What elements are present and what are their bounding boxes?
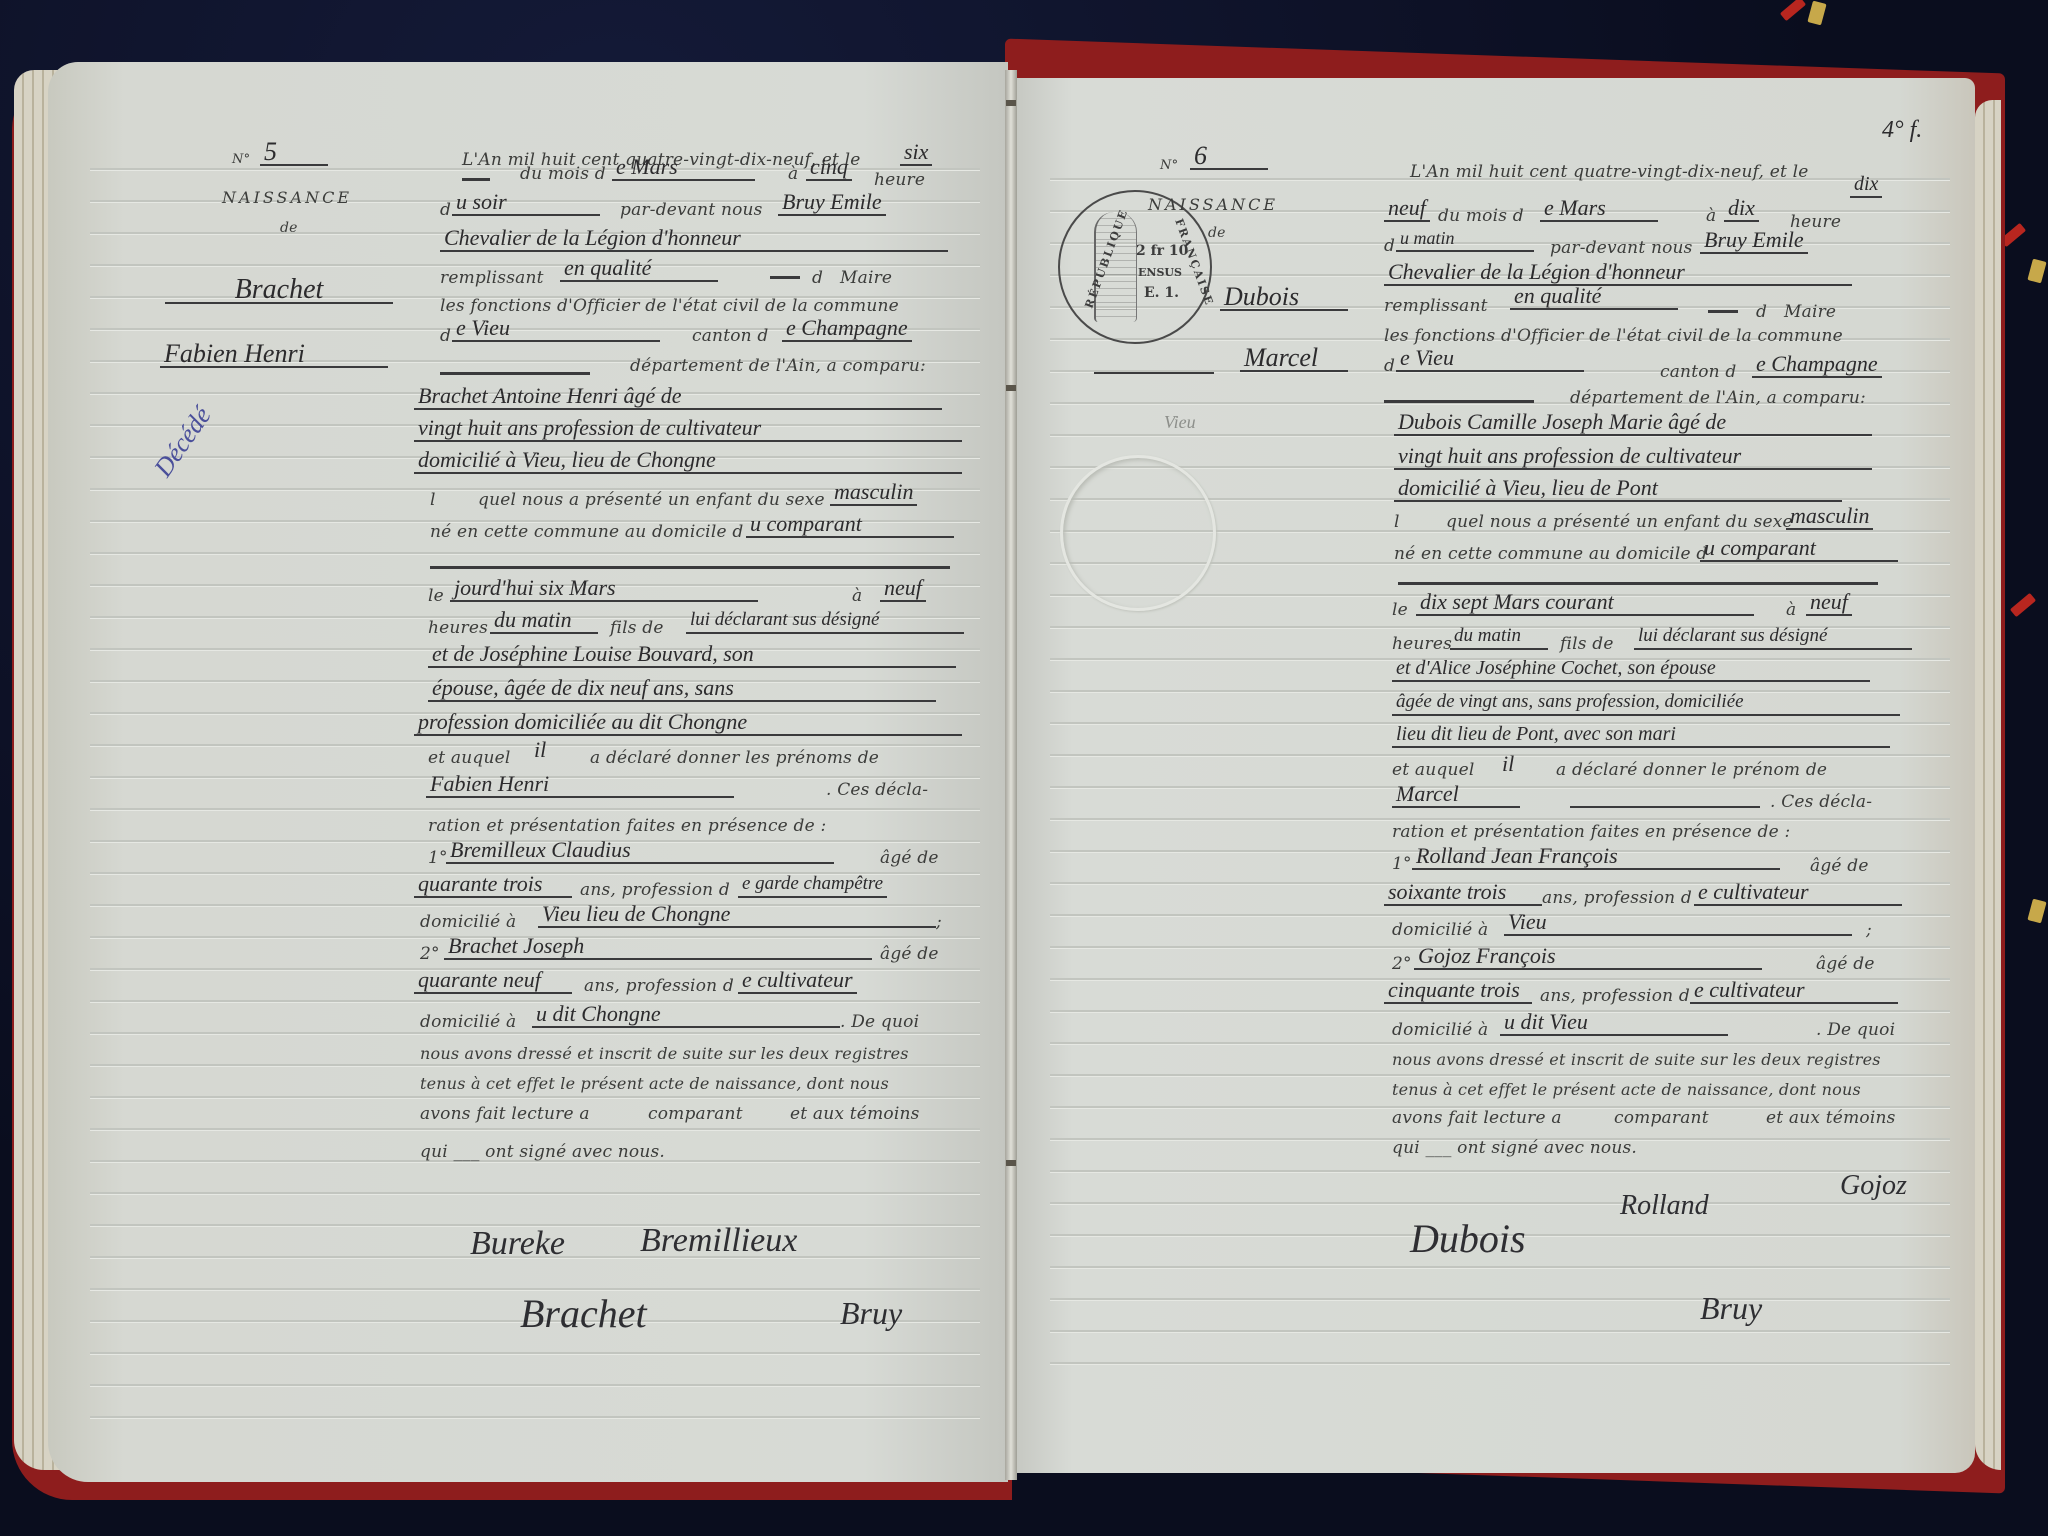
act-entry: épouse, âgée de dix neuf ans, sans (428, 676, 936, 702)
act-entry: Chevalier de la Légion d'honneur (1384, 260, 1852, 286)
act-line: fils de (610, 618, 664, 638)
ruled-line (90, 1384, 980, 1386)
form-dash (1384, 400, 1534, 403)
act-line: heures (428, 618, 488, 638)
act-entry: e Mars (1540, 196, 1658, 222)
act-entry: Chevalier de la Légion d'honneur (440, 226, 948, 252)
act-entry: en qualité (560, 256, 718, 282)
act-entry: jourd'hui six Mars (450, 576, 758, 602)
act-line: tenus à cet effet le présent acte de nai… (1392, 1080, 1861, 1099)
ruled-line (90, 1064, 980, 1066)
ruled-line (1050, 1266, 1950, 1268)
act-entry: et de Joséphine Louise Bouvard, son (428, 642, 956, 668)
act-line: Maire (1784, 302, 1836, 322)
act-line: fils de (1560, 634, 1614, 654)
ruled-line (90, 552, 980, 554)
act-entry: il (530, 738, 550, 762)
ruled-line (90, 1352, 980, 1354)
act-line: ; (936, 912, 942, 932)
form-dash (770, 276, 800, 279)
binding-stitch (1006, 100, 1016, 106)
act-entry: lui déclarant sus désigné (686, 608, 964, 634)
act-line: et aux témoins (790, 1104, 920, 1124)
act-line: canton d (692, 326, 769, 346)
margin-surname: Dubois (1220, 285, 1348, 311)
stamp-ensus: ENSUS (1138, 264, 1182, 282)
act-entry: neuf (1806, 590, 1852, 616)
act-line: ration et présentation faites en présenc… (428, 816, 826, 836)
act-entry: neuf (880, 576, 926, 602)
act-line: ans, profession d (1540, 986, 1690, 1006)
signature: Bruy (1700, 1290, 1762, 1327)
act-entry: du matin (490, 608, 598, 634)
act-entry: e Champagne (1752, 352, 1882, 378)
ruled-line (90, 1128, 980, 1130)
act-line: . De quoi (840, 1012, 919, 1032)
act-entry: il (1498, 752, 1518, 776)
act-entry: Bremilleux Claudius (446, 838, 834, 864)
ruled-line (90, 1032, 980, 1034)
margin-note-pencil: Vieu (1160, 410, 1200, 434)
act-line: domicilié à (1392, 920, 1488, 940)
act-entry: vingt huit ans profession de cultivateur (1394, 444, 1872, 470)
act-line: ; (1866, 920, 1872, 940)
act-line: et auquel (428, 748, 511, 768)
act-entry: e cultivateur (738, 968, 857, 994)
act-entry: soixante trois (1384, 880, 1542, 906)
act-entry: u dit Vieu (1500, 1010, 1728, 1036)
signature: Gojoz (1840, 1170, 1907, 1202)
ruled-line (90, 1096, 980, 1098)
signature: Bureke (470, 1225, 565, 1263)
act-entry: dix (1724, 196, 1759, 222)
act-entry: Marcel (1392, 782, 1520, 808)
act-line: qui ___ ont signé avec nous. (420, 1142, 665, 1162)
act-entry: neuf (1384, 196, 1430, 222)
page-edges-right (1975, 100, 2001, 1470)
act-line: nous avons dressé et inscrit de suite su… (420, 1044, 909, 1063)
act-entry: e cultivateur (1690, 978, 1898, 1004)
stamp-value: 2 fr 10 (1136, 242, 1188, 260)
act-line: heures (1392, 634, 1452, 654)
act-entry: âgée de vingt ans, sans profession, domi… (1392, 690, 1900, 716)
ruled-line (90, 1416, 980, 1418)
act-line: 2° (1392, 954, 1412, 974)
act-line: le (1392, 600, 1408, 620)
act-line: L'An mil huit cent quatre-vingt-dix-neuf… (1410, 162, 1809, 182)
act-line: l (1394, 512, 1400, 532)
act-line: et aux témoins (1766, 1108, 1896, 1128)
act-line: et auquel (1392, 760, 1475, 780)
act-line: d (1384, 356, 1395, 376)
act-line: quel nous a présenté un enfant du sexe (478, 490, 825, 510)
act-line: âgé de (1816, 954, 1875, 974)
act-entry: et d'Alice Joséphine Cochet, son épouse (1392, 656, 1870, 682)
act-line: à (852, 586, 862, 606)
act-entry: e Vieu (1396, 346, 1584, 372)
act-entry: e garde champêtre (738, 872, 887, 898)
act-line: tenus à cet effet le présent acte de nai… (420, 1074, 889, 1093)
act-entry: Vieu (1504, 910, 1852, 936)
act-line: remplissant (1384, 296, 1488, 316)
act-entry: dix sept Mars courant (1416, 590, 1754, 616)
embossed-seal (1060, 455, 1216, 611)
binding-stitch (1006, 1160, 1016, 1166)
act-line: ans, profession d (1542, 888, 1692, 908)
form-dash (1570, 806, 1760, 808)
act-entry: e Vieu (452, 316, 660, 342)
act-entry: quarante neuf (414, 968, 572, 994)
act-line: l (430, 490, 436, 510)
act-line: département de l'Ain, a comparu: (630, 356, 926, 376)
act-line: nous avons dressé et inscrit de suite su… (1392, 1050, 1881, 1069)
ruled-line (1050, 1074, 1950, 1076)
signature: Bruy (840, 1295, 902, 1332)
act-line: canton d (1660, 362, 1737, 382)
act-entry: cinquante trois (1384, 978, 1532, 1004)
act-entry: du matin (1450, 624, 1548, 650)
act-line: heure (874, 170, 925, 190)
act-line: par-devant nous (620, 200, 763, 220)
binding-stitch (1006, 385, 1016, 391)
ruled-line (1050, 1202, 1950, 1204)
act-line: âgé de (880, 848, 939, 868)
act-line: quel nous a présenté un enfant du sexe (1446, 512, 1793, 532)
ruled-line (1050, 818, 1950, 820)
act-line: d (1756, 302, 1767, 322)
ruled-line (90, 264, 980, 266)
act-line: d (1384, 236, 1395, 256)
act-line: domicilié à (420, 1012, 516, 1032)
act-line: domicilié à (420, 912, 516, 932)
signature: Dubois (1410, 1215, 1526, 1262)
act-entry: e Champagne (782, 316, 912, 342)
act-line: qui ___ ont signé avec nous. (1392, 1138, 1637, 1158)
act-entry: Bruy Emile (1700, 228, 1808, 254)
ruled-line (90, 1192, 980, 1194)
act-line: ans, profession d (580, 880, 730, 900)
act-line: d (440, 326, 451, 346)
act-line: avons fait lecture a (1392, 1108, 1562, 1128)
act-line: du mois d (1438, 206, 1524, 226)
signature: Bremillieux (640, 1222, 797, 1260)
ruled-line (1050, 1362, 1950, 1364)
act-line: par-devant nous (1550, 238, 1693, 258)
form-rule (430, 566, 950, 569)
act-line: du mois d (520, 164, 606, 184)
act-line: le (428, 586, 444, 606)
act-line: remplissant (440, 268, 544, 288)
act-line: 2° (420, 944, 440, 964)
act-line: a déclaré donner les prénoms de (590, 748, 879, 768)
act-entry: cinq (806, 155, 852, 181)
act-line: à (788, 164, 798, 184)
form-dash (1094, 372, 1214, 374)
act-line: . Ces décla- (1770, 792, 1872, 812)
act-entry: e cultivateur (1694, 880, 1902, 906)
ruled-line (1050, 1170, 1950, 1172)
act-entry: masculin (830, 480, 917, 506)
act-line: né en cette commune au domicile d (430, 522, 743, 542)
margin-surname: Brachet (165, 278, 393, 304)
act-line: département de l'Ain, a comparu: (1570, 388, 1866, 408)
act-entry: Gojoz François (1414, 944, 1762, 970)
act-entry: e Mars (612, 155, 755, 181)
act-line: les fonctions d'Officier de l'état civil… (1384, 326, 1843, 346)
form-dash (1708, 310, 1738, 313)
act-entry: Brachet Joseph (444, 934, 872, 960)
act-line: a déclaré donner le prénom de (1556, 760, 1827, 780)
act-entry: Brachet Antoine Henri âgé de (414, 384, 942, 410)
act-line: Maire (840, 268, 892, 288)
act-line: à (1706, 206, 1716, 226)
folio-number: 4° f. (1878, 118, 1926, 142)
act-line: avons fait lecture a (420, 1104, 590, 1124)
act-entry: profession domiciliée au dit Chongne (414, 710, 962, 736)
act-entry: u soir (452, 190, 600, 216)
act-entry: Fabien Henri (426, 772, 734, 798)
signature: Brachet (520, 1290, 647, 1337)
act-line: ans, profession d (584, 976, 734, 996)
signature: Rolland (1620, 1190, 1709, 1222)
act-line: à (1786, 600, 1796, 620)
act-entry: vingt huit ans profession de cultivateur (414, 416, 962, 442)
act-line: d (440, 200, 451, 220)
act-line: âgé de (1810, 856, 1869, 876)
ruled-line (90, 808, 980, 810)
act-entry: en qualité (1510, 284, 1678, 310)
act-line: né en cette commune au domicile d (1394, 544, 1707, 564)
margin-heading: NAISSANCE (222, 188, 352, 207)
act-line: ration et présentation faites en présenc… (1392, 822, 1790, 842)
ruled-line (1050, 1298, 1950, 1300)
act-line: 1° (428, 848, 448, 868)
ruled-line (1050, 1042, 1950, 1044)
form-dash (440, 372, 590, 375)
act-entry: lieu dit lieu de Pont, avec son mari (1392, 722, 1890, 748)
act-entry: u comparant (1700, 536, 1898, 562)
ruled-line (1050, 1330, 1950, 1332)
form-dash (462, 178, 490, 181)
margin-heading-de: de (1208, 225, 1226, 241)
act-entry: quarante trois (414, 872, 572, 898)
margin-given-names: Fabien Henri (160, 342, 388, 368)
act-entry: Bruy Emile (778, 190, 886, 216)
act-entry: lui déclarant sus désigné (1634, 624, 1912, 650)
act-line: comparant (1614, 1108, 1709, 1128)
act-number: 6 (1190, 144, 1268, 170)
act-number-label: N° (1160, 158, 1178, 173)
act-line: les fonctions d'Officier de l'état civil… (440, 296, 899, 316)
act-entry: masculin (1786, 504, 1873, 530)
act-line: domicilié à (1392, 1020, 1488, 1040)
act-line: âgé de (880, 944, 939, 964)
act-entry: domicilié à Vieu, lieu de Chongne (414, 448, 962, 474)
act-entry: u matin (1396, 226, 1534, 252)
act-entry: dix (1850, 172, 1882, 198)
form-rule (1398, 582, 1878, 585)
act-entry: u comparant (746, 512, 954, 538)
act-entry: six (900, 140, 932, 166)
act-entry: domicilié à Vieu, lieu de Pont (1394, 476, 1842, 502)
book-gutter (1005, 70, 1017, 1480)
act-number-label: N° (232, 152, 250, 167)
act-entry: Dubois Camille Joseph Marie âgé de (1394, 410, 1872, 436)
margin-heading: NAISSANCE (1148, 195, 1278, 214)
margin-heading-de: de (280, 220, 298, 236)
act-line: comparant (648, 1104, 743, 1124)
act-line: . Ces décla- (826, 780, 928, 800)
stamp-series: E. 1. (1144, 284, 1179, 302)
act-entry: u dit Chongne (532, 1002, 840, 1028)
margin-given-names: Marcel (1240, 346, 1348, 372)
act-entry: Vieu lieu de Chongne (538, 902, 936, 928)
act-line: . De quoi (1816, 1020, 1895, 1040)
act-line: d (812, 268, 823, 288)
act-line: 1° (1392, 854, 1412, 874)
act-entry: Rolland Jean François (1412, 844, 1780, 870)
act-number: 5 (260, 140, 328, 166)
